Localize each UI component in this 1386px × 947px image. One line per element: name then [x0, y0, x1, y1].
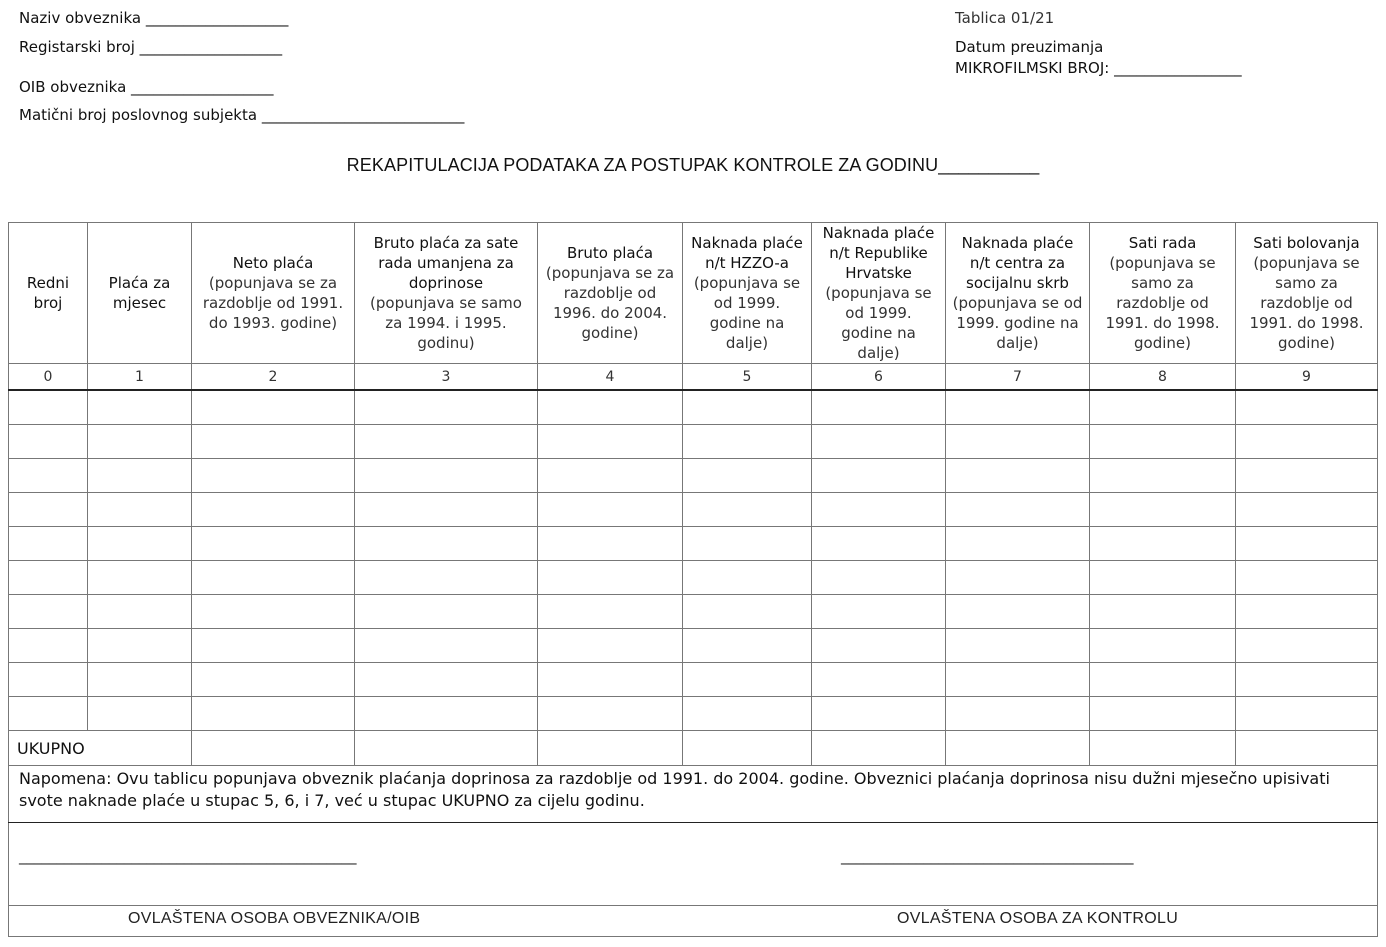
table-cell[interactable] [1236, 595, 1378, 629]
column-header-note: (popunjava se od 1999. godine na dalje) [689, 273, 805, 353]
table-cell[interactable] [1236, 629, 1378, 663]
column-number-3: 3 [355, 364, 538, 391]
column-header-note: (popunjava se samo za razdoblje od 1991.… [1096, 253, 1229, 353]
column-header-title: Redni broj [15, 273, 81, 313]
column-number-9: 9 [1236, 364, 1378, 391]
table-cell[interactable] [355, 459, 538, 493]
table-cell[interactable] [355, 629, 538, 663]
table-cell[interactable] [683, 390, 812, 425]
column-header-title: Naknada plaće n/t HZZO-a [689, 233, 805, 273]
table-cell[interactable] [1236, 425, 1378, 459]
table-cell[interactable] [683, 697, 812, 731]
table-cell[interactable] [538, 663, 683, 697]
table-cell[interactable] [1090, 561, 1236, 595]
table-row [9, 629, 1378, 663]
signature-area: ________________________________________… [9, 823, 1378, 906]
column-header-7: Naknada plaće n/t centra za socijalnu sk… [946, 223, 1090, 364]
column-header-title: Naknada plaće n/t centra za socijalnu sk… [952, 233, 1083, 293]
column-header-title: Naknada plaće n/t Republike Hrvatske [818, 223, 939, 283]
note-text: Napomena: Ovu tablicu popunjava obveznik… [9, 766, 1378, 823]
column-header-title: Bruto plaća za sate rada umanjena za dop… [361, 233, 531, 293]
signature-line-obveznik[interactable]: ________________________________________… [19, 847, 357, 865]
column-header-2: Neto plaća(popunjava se za razdoblje od … [192, 223, 355, 364]
table-cell[interactable] [538, 629, 683, 663]
table-cell[interactable] [88, 390, 192, 425]
table-cell[interactable] [88, 425, 192, 459]
table-cell[interactable] [88, 561, 192, 595]
column-header-note: (popunjava se od 1999. godine na dalje) [952, 293, 1083, 353]
table-cell[interactable] [946, 663, 1090, 697]
table-cell[interactable] [538, 595, 683, 629]
table-cell[interactable] [9, 527, 88, 561]
total-cell-2[interactable] [192, 731, 355, 766]
datum-preuzimanja-label: Datum preuzimanja [955, 38, 1103, 56]
table-cell[interactable] [683, 425, 812, 459]
recap-table: Redni brojPlaća za mjesecNeto plaća(popu… [8, 222, 1378, 937]
table-cell[interactable] [946, 527, 1090, 561]
form-title: REKAPITULACIJA PODATAKA ZA POSTUPAK KONT… [0, 155, 1386, 176]
table-cell[interactable] [1090, 595, 1236, 629]
table-cell[interactable] [946, 390, 1090, 425]
column-number-1: 1 [88, 364, 192, 391]
column-number-0: 0 [9, 364, 88, 391]
table-cell[interactable] [9, 561, 88, 595]
table-cell[interactable] [1090, 663, 1236, 697]
table-cell[interactable] [1090, 493, 1236, 527]
table-cell[interactable] [683, 595, 812, 629]
header-row: Redni brojPlaća za mjesecNeto plaća(popu… [9, 223, 1378, 364]
table-cell[interactable] [88, 629, 192, 663]
table-cell[interactable] [812, 595, 946, 629]
column-header-9: Sati bolovanja(popunjava se samo za razd… [1236, 223, 1378, 364]
table-cell[interactable] [355, 663, 538, 697]
column-header-0: Redni broj [9, 223, 88, 364]
column-header-title: Bruto plaća [544, 243, 676, 263]
table-row [9, 697, 1378, 731]
total-cell-3[interactable] [355, 731, 538, 766]
table-cell[interactable] [1236, 663, 1378, 697]
table-cell[interactable] [88, 663, 192, 697]
table-cell[interactable] [88, 459, 192, 493]
table-cell[interactable] [946, 561, 1090, 595]
column-number-7: 7 [946, 364, 1090, 391]
column-header-title: Plaća za mjesec [94, 273, 185, 313]
total-cell-8[interactable] [1090, 731, 1236, 766]
column-header-title: Sati bolovanja [1242, 233, 1371, 253]
table-cell[interactable] [355, 425, 538, 459]
table-cell[interactable] [1236, 493, 1378, 527]
table-cell[interactable] [538, 561, 683, 595]
table-cell[interactable] [946, 629, 1090, 663]
table-cell[interactable] [1090, 629, 1236, 663]
registarski-broj-field[interactable]: Registarski broj ___________________ [19, 38, 282, 56]
table-cell[interactable] [88, 697, 192, 731]
table-cell[interactable] [812, 561, 946, 595]
signature-line-kontrola[interactable]: _______________________________________ [841, 847, 1134, 865]
signature-labels: OVLAŠTENA OSOBA OBVEZNIKA/OIB OVLAŠTENA … [9, 906, 1378, 937]
total-cell-6[interactable] [812, 731, 946, 766]
maticni-broj-field[interactable]: Matični broj poslovnog subjekta ________… [19, 106, 464, 124]
signature-labels-row: OVLAŠTENA OSOBA OBVEZNIKA/OIB OVLAŠTENA … [9, 906, 1378, 937]
column-number-6: 6 [812, 364, 946, 391]
table-row [9, 390, 1378, 425]
column-number-5: 5 [683, 364, 812, 391]
table-cell[interactable] [812, 425, 946, 459]
total-row: UKUPNO [9, 731, 1378, 766]
table-cell[interactable] [683, 493, 812, 527]
table-cell[interactable] [946, 697, 1090, 731]
total-cell-7[interactable] [946, 731, 1090, 766]
column-header-title: Neto plaća [198, 253, 348, 273]
table-cell[interactable] [88, 527, 192, 561]
column-header-note: (popunjava se samo za 1994. i 1995. godi… [361, 293, 531, 353]
table-cell[interactable] [9, 595, 88, 629]
table-cell[interactable] [538, 459, 683, 493]
table-cell[interactable] [683, 527, 812, 561]
table-cell[interactable] [192, 425, 355, 459]
table-cell[interactable] [812, 459, 946, 493]
table-cell[interactable] [192, 697, 355, 731]
table-cell[interactable] [683, 459, 812, 493]
column-header-3: Bruto plaća za sate rada umanjena za dop… [355, 223, 538, 364]
table-cell[interactable] [683, 561, 812, 595]
table-cell[interactable] [538, 390, 683, 425]
table-cell[interactable] [9, 493, 88, 527]
column-number-2: 2 [192, 364, 355, 391]
table-cell[interactable] [355, 595, 538, 629]
column-number-4: 4 [538, 364, 683, 391]
table-cell[interactable] [192, 629, 355, 663]
column-header-note: (popunjava se od 1999. godine na dalje) [818, 283, 939, 363]
table-cell[interactable] [946, 459, 1090, 493]
table-cell[interactable] [88, 493, 192, 527]
table-cell[interactable] [538, 425, 683, 459]
column-header-note: (popunjava se samo za razdoblje od 1991.… [1242, 253, 1371, 353]
table-row [9, 493, 1378, 527]
table-cell[interactable] [1090, 390, 1236, 425]
table-cell[interactable] [812, 493, 946, 527]
table-cell[interactable] [355, 493, 538, 527]
oib-obveznika-field[interactable]: OIB obveznika ___________________ [19, 78, 274, 96]
table-cell[interactable] [538, 527, 683, 561]
signature-label-kontrola: OVLAŠTENA OSOBA ZA KONTROLU [897, 910, 1178, 928]
column-number-row: 0123456789 [9, 364, 1378, 391]
total-cell-5[interactable] [683, 731, 812, 766]
table-cell[interactable] [192, 459, 355, 493]
table-cell[interactable] [1236, 561, 1378, 595]
table-cell[interactable] [1236, 459, 1378, 493]
table-row [9, 459, 1378, 493]
table-row [9, 561, 1378, 595]
table-row [9, 527, 1378, 561]
table-cell[interactable] [538, 697, 683, 731]
table-cell[interactable] [9, 629, 88, 663]
column-header-8: Sati rada(popunjava se samo za razdoblje… [1090, 223, 1236, 364]
column-header-1: Plaća za mjesec [88, 223, 192, 364]
signature-row: ________________________________________… [9, 823, 1378, 906]
table-cell[interactable] [192, 390, 355, 425]
table-cell[interactable] [192, 663, 355, 697]
table-row [9, 595, 1378, 629]
table-cell[interactable] [946, 493, 1090, 527]
table-cell[interactable] [1090, 697, 1236, 731]
table-cell[interactable] [192, 493, 355, 527]
table-cell[interactable] [812, 697, 946, 731]
table-cell[interactable] [355, 527, 538, 561]
table-cell[interactable] [1236, 697, 1378, 731]
table-cell[interactable] [9, 459, 88, 493]
table-cell[interactable] [9, 663, 88, 697]
table-row [9, 425, 1378, 459]
table-cell[interactable] [88, 595, 192, 629]
column-header-4: Bruto plaća(popunjava se za razdoblje od… [538, 223, 683, 364]
table-row [9, 663, 1378, 697]
table-cell[interactable] [1236, 390, 1378, 425]
table-cell[interactable] [538, 493, 683, 527]
column-header-6: Naknada plaće n/t Republike Hrvatske(pop… [812, 223, 946, 364]
table-cell[interactable] [812, 629, 946, 663]
column-header-note: (popunjava se za razdoblje od 1991. do 1… [198, 273, 348, 333]
table-cell[interactable] [9, 425, 88, 459]
table-cell[interactable] [1236, 527, 1378, 561]
table-cell[interactable] [683, 629, 812, 663]
table-cell[interactable] [9, 697, 88, 731]
naziv-obveznika-field[interactable]: Naziv obveznika ___________________ [19, 9, 288, 27]
table-cell[interactable] [1090, 527, 1236, 561]
signature-label-obveznik: OVLAŠTENA OSOBA OBVEZNIKA/OIB [128, 910, 420, 928]
table-cell[interactable] [9, 390, 88, 425]
table-cell[interactable] [946, 425, 1090, 459]
total-cell-9[interactable] [1236, 731, 1378, 766]
table-cell[interactable] [812, 527, 946, 561]
column-header-5: Naknada plaće n/t HZZO-a(popunjava se od… [683, 223, 812, 364]
tablica-label: Tablica 01/21 [955, 9, 1054, 27]
table-cell[interactable] [1090, 425, 1236, 459]
table-cell[interactable] [355, 390, 538, 425]
total-cell-4[interactable] [538, 731, 683, 766]
note-row: Napomena: Ovu tablicu popunjava obveznik… [9, 766, 1378, 823]
table-cell[interactable] [192, 595, 355, 629]
table-cell[interactable] [1090, 459, 1236, 493]
column-header-note: (popunjava se za razdoblje od 1996. do 2… [544, 263, 676, 343]
column-header-title: Sati rada [1096, 233, 1229, 253]
table-cell[interactable] [812, 663, 946, 697]
total-label: UKUPNO [9, 731, 192, 766]
column-number-8: 8 [1090, 364, 1236, 391]
table-cell[interactable] [812, 390, 946, 425]
table-cell[interactable] [355, 697, 538, 731]
table-cell[interactable] [355, 561, 538, 595]
table-cell[interactable] [683, 663, 812, 697]
table-cell[interactable] [192, 561, 355, 595]
mikrofilmski-broj-field[interactable]: MIKROFILMSKI BROJ: _________________ [955, 59, 1242, 77]
table-cell[interactable] [946, 595, 1090, 629]
table-cell[interactable] [192, 527, 355, 561]
